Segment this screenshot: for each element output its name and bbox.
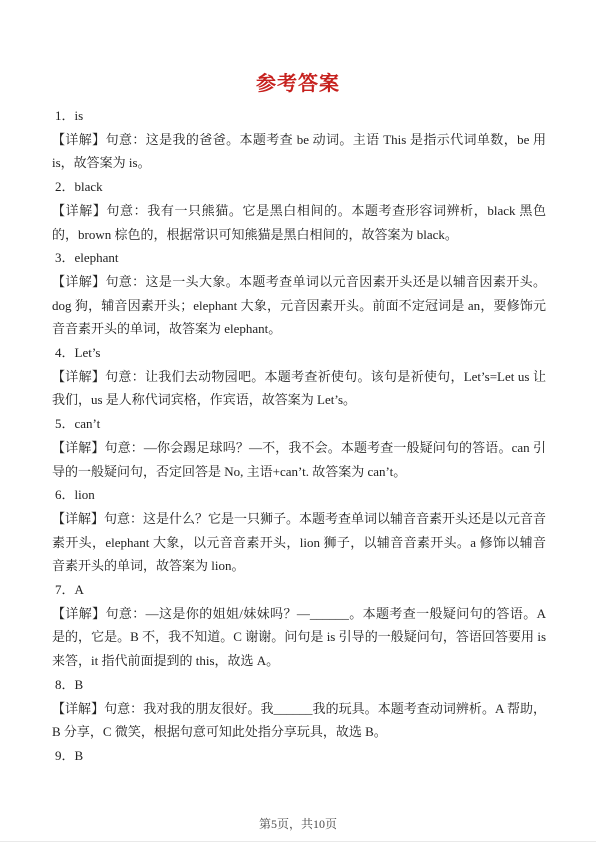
- answer-item: 3．elephant 【详解】句意：这是一头大象。本题考查单词以元音因素开头还是…: [52, 246, 546, 341]
- answer-label: 8．B: [52, 673, 546, 697]
- answer-label: 6．lion: [52, 483, 546, 507]
- answer-item: 7．A 【详解】句意：—这是你的姐姐/妹妹吗？—______。本题考查一般疑问句…: [52, 578, 546, 673]
- answer-item: 1．is 【详解】句意：这是我的爸爸。本题考查 be 动词。主语 This 是指…: [52, 104, 546, 175]
- answer-item: 9．B: [52, 744, 546, 768]
- answers-list: 1．is 【详解】句意：这是我的爸爸。本题考查 be 动词。主语 This 是指…: [52, 104, 546, 768]
- answer-detail: 【详解】句意：让我们去动物园吧。本题考查祈使句。该句是祈使句，Let’s=Let…: [52, 365, 546, 412]
- answer-label: 3．elephant: [52, 246, 546, 270]
- page-footer: 第5页，共10页: [0, 815, 596, 832]
- page-title: 参考答案: [0, 0, 596, 97]
- answer-item: 6．lion 【详解】句意：这是什么？它是一只狮子。本题考查单词以辅音音素开头还…: [52, 483, 546, 578]
- answer-detail: 【详解】句意：我有一只熊猫。它是黑白相间的。本题考查形容词辨析，black 黑色…: [52, 199, 546, 246]
- answer-detail: 【详解】句意：这是我的爸爸。本题考查 be 动词。主语 This 是指示代词单数…: [52, 128, 546, 175]
- answer-label: 4．Let’s: [52, 341, 546, 365]
- answer-item: 4．Let’s 【详解】句意：让我们去动物园吧。本题考查祈使句。该句是祈使句，L…: [52, 341, 546, 412]
- answer-detail: 【详解】句意：这是什么？它是一只狮子。本题考查单词以辅音音素开头还是以元音音素开…: [52, 507, 546, 578]
- answer-detail: 【详解】句意：—这是你的姐姐/妹妹吗？—______。本题考查一般疑问句的答语。…: [52, 602, 546, 673]
- answer-item: 5．can’t 【详解】句意：—你会踢足球吗？—不，我不会。本题考查一般疑问句的…: [52, 412, 546, 483]
- answer-detail: 【详解】句意：这是一头大象。本题考查单词以元音因素开头还是以辅音因素开头。dog…: [52, 270, 546, 341]
- answer-label: 7．A: [52, 578, 546, 602]
- answer-detail: 【详解】句意：我对我的朋友很好。我______我的玩具。本题考查动词辨析。A 帮…: [52, 697, 546, 744]
- answer-detail: 【详解】句意：—你会踢足球吗？—不，我不会。本题考查一般疑问句的答语。can 引…: [52, 436, 546, 483]
- answer-label: 1．is: [52, 104, 546, 128]
- answer-label: 5．can’t: [52, 412, 546, 436]
- answer-item: 8．B 【详解】句意：我对我的朋友很好。我______我的玩具。本题考查动词辨析…: [52, 673, 546, 744]
- answer-label: 2．black: [52, 175, 546, 199]
- answer-item: 2．black 【详解】句意：我有一只熊猫。它是黑白相间的。本题考查形容词辨析，…: [52, 175, 546, 246]
- answer-label: 9．B: [52, 744, 546, 768]
- document-page: 参考答案 1．is 【详解】句意：这是我的爸爸。本题考查 be 动词。主语 Th…: [0, 0, 596, 842]
